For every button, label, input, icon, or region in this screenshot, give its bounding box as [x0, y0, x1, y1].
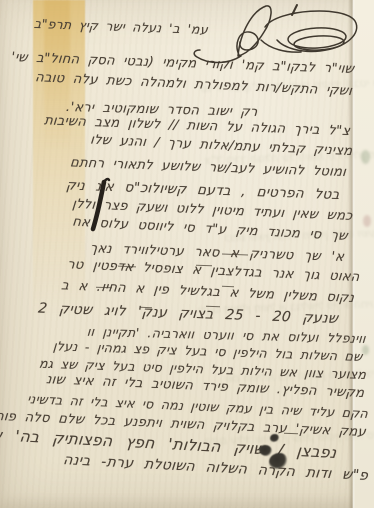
scanned-letter-page: שוי"ר לבקו"ב קמ' וקורי מקימי (נבטי הסק ה… [0, 0, 374, 508]
handwriting-line: שנעק 20 - 25 בצויק ענק' לויג שטיק 2 [37, 301, 339, 327]
handwriting-line: ומוטל להושיע לעב/שר שלושע לתאורי רחתם [69, 155, 346, 180]
color-speck [363, 215, 371, 227]
color-speck [361, 150, 370, 164]
ink-blot [259, 445, 272, 456]
